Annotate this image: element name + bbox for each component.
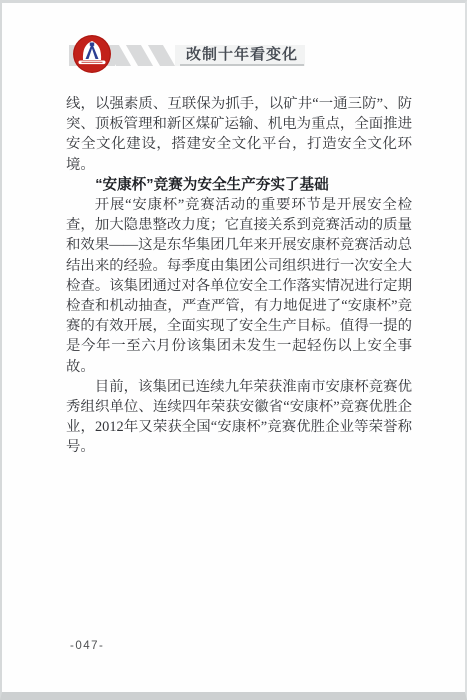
section-heading: “安康杯”竞赛为安全生产夯实了基础: [66, 175, 412, 195]
page-body: 线，以强素质、互联保为抓手，以矿井“一通三防”、防突、顶板管理和新区煤矿运输、机…: [66, 94, 412, 458]
paragraph-continuation: 线，以强素质、互联保为抓手，以矿井“一通三防”、防突、顶板管理和新区煤矿运输、机…: [66, 94, 412, 175]
paragraph: 目前，该集团已连续九年荣获淮南市安康杯竞赛优秀组织单位、连续四年荣获安徽省“安康…: [66, 377, 412, 458]
book-page: 改制十年看变化 线，以强素质、互联保为抓手，以矿井“一通三防”、防突、顶板管理和…: [0, 0, 467, 700]
page-header: 改制十年看变化: [2, 3, 467, 83]
paragraph: 开展“安康杯”竞赛活动的重要环节是开展安全检查，加大隐患整改力度；它直接关系到竞…: [66, 195, 412, 377]
chapter-title: 改制十年看变化: [186, 44, 298, 65]
header-band-stripe: [148, 45, 175, 66]
company-logo-icon: [72, 34, 112, 74]
page-number: -047-: [70, 640, 104, 652]
